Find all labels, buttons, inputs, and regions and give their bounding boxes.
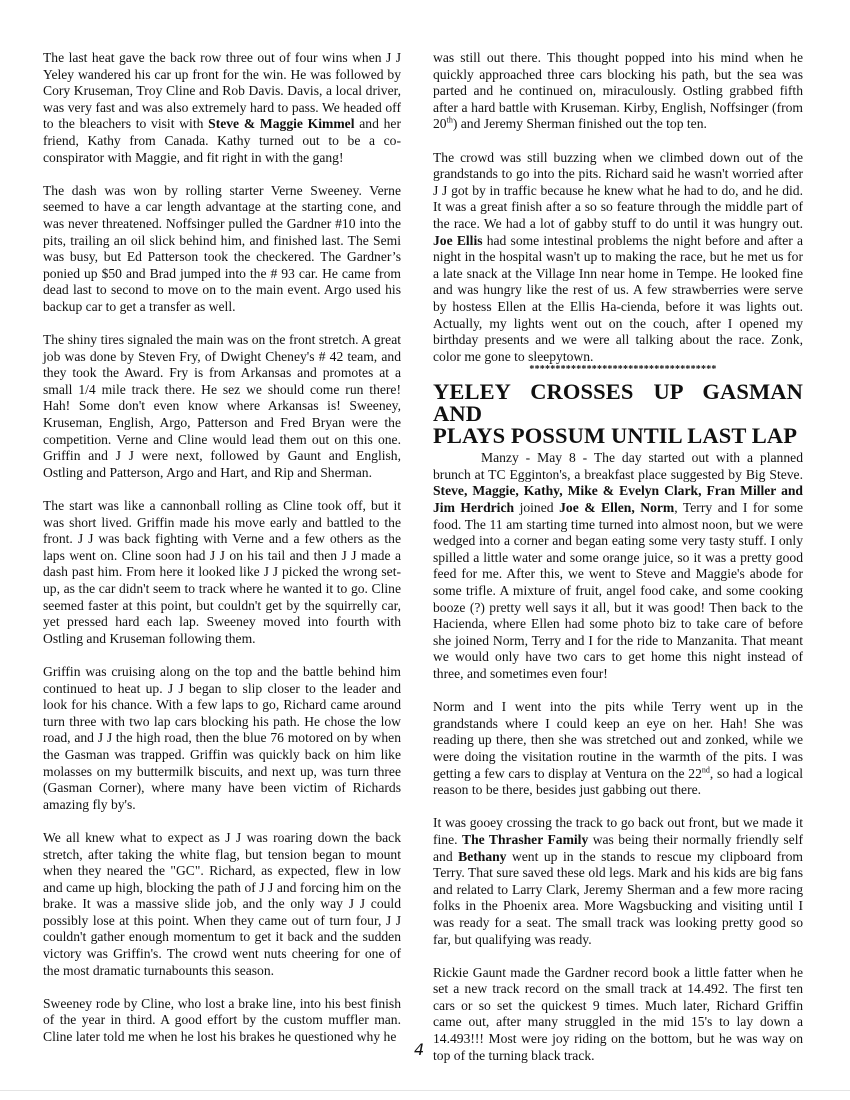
paragraph-pits: Norm and I went into the pits while Terr… [433,699,803,799]
text-run: Griffin was cruising along on the top an… [43,664,401,812]
headline-line-1: YELEY CROSSES UP GASMAN AND [433,381,803,425]
page-number: 4 [414,1040,424,1059]
bold-name: Bethany [458,849,506,864]
text-run: Rickie Gaunt made the Gardner record boo… [433,965,803,1063]
paragraph-after-race: The crowd was still buzzing when we clim… [433,150,803,366]
ordinal-suffix: nd [702,765,710,774]
text-run: , Terry and I for some food. The 11 am s… [433,500,803,681]
text-run: The start was like a cannonball rolling … [43,498,401,646]
left-column: The last heat gave the back row three ou… [43,50,401,1062]
paragraph-last-lap: We all knew what to expect as J J was ro… [43,830,401,979]
text-run: The dash was won by rolling starter Vern… [43,183,401,314]
text-run: had some intestinal problems the night b… [433,233,803,364]
bold-name: Joe Ellis [433,233,483,248]
bold-name: Steve & Maggie Kimmel [208,116,354,131]
paragraph-griffin-cruising: Griffin was cruising along on the top an… [43,664,401,813]
bold-name: The Thrasher Family [462,832,588,847]
paragraph-thrasher-family: It was gooey crossing the track to go ba… [433,815,803,948]
right-column: was still out there. This thought popped… [433,50,803,1081]
section-separator: ************************************ [433,365,803,375]
headline-line-2: PLAYS POSSUM UNTIL LAST LAP [433,423,797,448]
paragraph-track-record: Rickie Gaunt made the Gardner record boo… [433,965,803,1065]
paragraph-continuation: was still out there. This thought popped… [433,50,803,133]
paragraph-dash: The dash was won by rolling starter Vern… [43,183,401,316]
text-run: Manzy - May 8 - The day started out with… [433,450,803,482]
paragraph-sweeney-third: Sweeney rode by Cline, who lost a brake … [43,996,401,1046]
text-run: Sweeney rode by Cline, who lost a brake … [43,996,401,1044]
text-run: The crowd was still buzzing when we clim… [433,150,803,231]
text-run: We all knew what to expect as J J was ro… [43,830,401,978]
scan-edge-line [0,1090,850,1091]
text-run: The shiny tires signaled the main was on… [43,332,401,480]
paragraph-main-lineup: The shiny tires signaled the main was on… [43,332,401,481]
text-run: joined [514,500,559,515]
bold-name: Joe & Ellen, Norm [559,500,674,515]
paragraph-start: The start was like a cannonball rolling … [43,498,401,647]
text-run: ) and Jeremy Sherman finished out the to… [453,116,707,131]
paragraph-last-heat: The last heat gave the back row three ou… [43,50,401,166]
paragraph-brunch: Manzy - May 8 - The day started out with… [433,450,803,682]
article-headline: YELEY CROSSES UP GASMAN AND PLAYS POSSUM… [433,381,803,447]
